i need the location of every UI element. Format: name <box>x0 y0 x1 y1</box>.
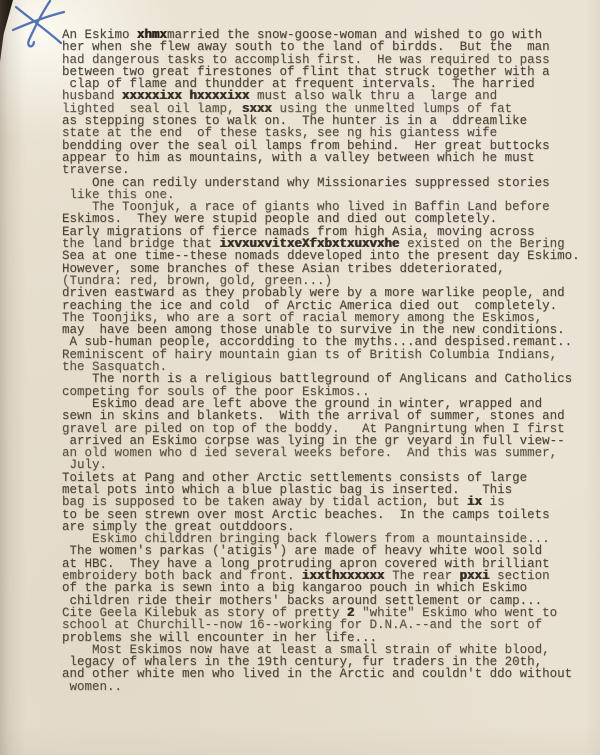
text-line: competing for souls of the poor Eskimos.… <box>62 386 580 398</box>
text-line: had dangerous tasks to accomplish first.… <box>62 54 580 66</box>
text-line: driven eastward as they probably were by… <box>62 287 580 299</box>
text-line: The Toonjiks, who are a sort of racial m… <box>62 312 580 324</box>
text-line: school at Churchill--now 16--working for… <box>62 619 580 631</box>
text-line: Eskimo childdren bringing back flowers f… <box>62 533 580 545</box>
text-line: Most Eskimos now have at least a small s… <box>62 644 580 656</box>
text-line: July. <box>62 459 580 471</box>
text-line: an old women who d ied several weeks bef… <box>62 447 580 459</box>
text-line: The Toonjuk, a race of giants who lived … <box>62 201 580 213</box>
text-line: the Sasquatch. <box>62 361 580 373</box>
text-line: One can redily understand why Missionari… <box>62 177 580 189</box>
text-line: Sea at one time--these nomads ddeveloped… <box>62 250 580 262</box>
text-line: appear to him as mountains, with a valle… <box>62 152 580 164</box>
text-line: (Tundra: red, brown, gold, green...) <box>62 275 580 287</box>
overstruck-text: ix <box>467 495 482 509</box>
text-line: gravel are piled on top of the boddy. At… <box>62 423 580 435</box>
overstruck-text: sxxx <box>242 102 272 116</box>
document-page: An Eskimo xhmxmarried the snow-goose-wom… <box>0 0 600 755</box>
overstruck-text: ixvxuxvitxeXfxbxtxuxvxhe <box>220 237 400 251</box>
text-line: traverse. <box>62 164 580 176</box>
text-line: Eskimos. They were stupid people and die… <box>62 213 580 225</box>
text-line: her when she flew away south to the land… <box>62 41 580 53</box>
text-line: embroidery both back and front. ixxthxxx… <box>62 570 580 582</box>
text-line: husband xxxxxixx hxxxxixx must also walk… <box>62 90 580 102</box>
text-line: bag is supposed to be taken away by tida… <box>62 496 580 508</box>
text-line: The women's parkas ('atigis') are made o… <box>62 545 580 557</box>
text-line: state at the end of these tasks, see ng … <box>62 127 580 139</box>
overstruck-text: ixxthxxxxxx <box>302 569 385 583</box>
text-line: of the parka is sewn into a big kangaroo… <box>62 582 580 594</box>
text-line: The north is a religious battleground of… <box>62 373 580 385</box>
text-line: the land bridge that ixvxuxvitxeXfxbxtxu… <box>62 238 580 250</box>
text-line: sewn in skins and blankets. With the arr… <box>62 410 580 422</box>
text-line: lighted seal oil lamp, sxxx using the un… <box>62 103 580 115</box>
text-line: problems she will encounter in her life.… <box>62 632 580 644</box>
text-line: and other white men who lived in the Arc… <box>62 668 580 680</box>
text-line: women.. <box>62 681 580 693</box>
typewritten-text: An Eskimo xhmxmarried the snow-goose-wom… <box>62 29 580 693</box>
overstruck-text: pxxi <box>460 569 490 583</box>
text-line: A sub-human people, accordding to the my… <box>62 336 580 348</box>
text-line: reaching the ice and cold of Arctic Amer… <box>62 300 580 312</box>
